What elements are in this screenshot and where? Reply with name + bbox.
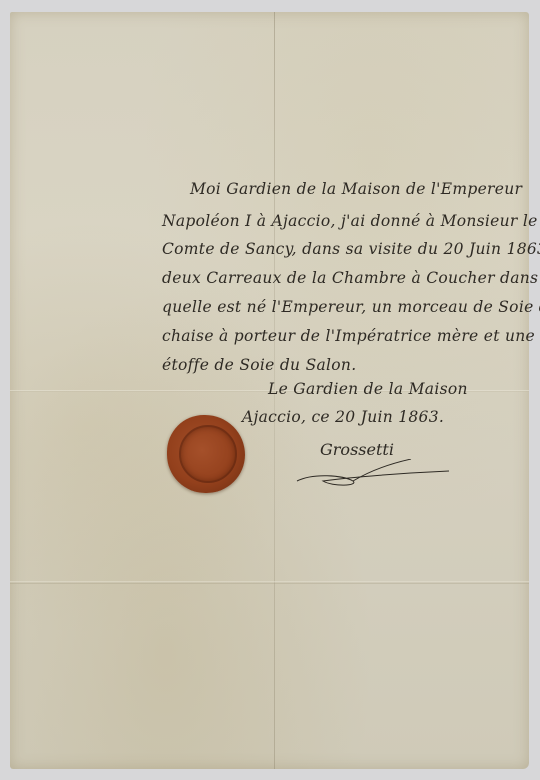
wax-seal-icon (167, 415, 245, 493)
body-line-4: deux Carreaux de la Chambre à Coucher da… (162, 269, 540, 287)
signature-flourish-icon (293, 459, 453, 489)
body-line-5: quelle est né l'Empereur, un morceau de … (162, 298, 540, 316)
body-line-1: Moi Gardien de la Maison de l'Empereur (190, 180, 522, 198)
horizontal-fold-line-lower (10, 581, 529, 584)
signature: Grossetti (320, 440, 394, 459)
body-line-6: chaise à porteur de l'Impératrice mère e… (162, 327, 535, 345)
body-line-2: Napoléon I à Ajaccio, j'ai donné à Monsi… (162, 212, 538, 230)
place-and-date: Ajaccio, ce 20 Juin 1863. (242, 408, 444, 426)
body-line-3: Comte de Sancy, dans sa visite du 20 Jui… (162, 240, 540, 258)
closing-title: Le Gardien de la Maison (268, 380, 468, 398)
body-line-7: étoffe de Soie du Salon. (162, 356, 356, 374)
document-paper: Moi Gardien de la Maison de l'Empereur N… (10, 12, 529, 769)
seal-impression (179, 425, 237, 483)
